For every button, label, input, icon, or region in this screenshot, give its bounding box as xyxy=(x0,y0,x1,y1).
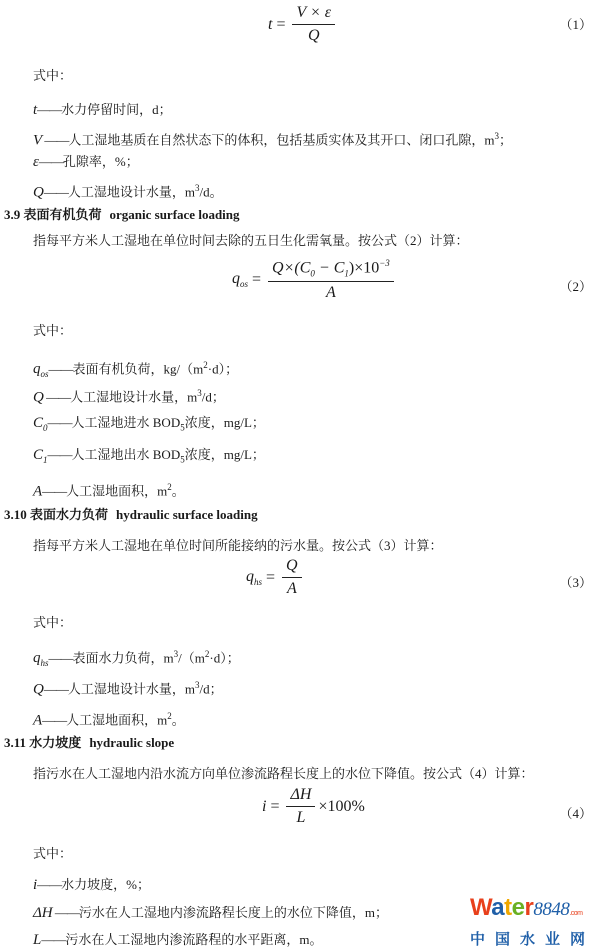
formula-4: i = ΔH L ×100% xyxy=(262,786,365,827)
formula-3-denominator: A xyxy=(287,578,297,598)
formula-1-fraction: V × ε Q xyxy=(292,4,335,45)
formula-1-denominator: Q xyxy=(308,25,320,45)
definition-a-2: A——人工湿地面积，m2。 xyxy=(33,708,185,728)
definition-delta-h: ΔH ——污水在人工湿地内渗流路程长度上的水位下降值，m； xyxy=(33,905,388,921)
definition-i: i——水力坡度，%； xyxy=(33,877,150,893)
formula-2-denominator: A xyxy=(326,282,336,302)
section-heading-3-10: 3.10 表面水力负荷hydraulic surface loading xyxy=(4,507,258,523)
logo-letter: t xyxy=(504,894,512,921)
logo-letter: W xyxy=(470,894,491,921)
formula-3: qhs = Q A xyxy=(246,557,305,598)
equation-number-3: （3） xyxy=(559,572,592,591)
formula-4-denominator: L xyxy=(297,807,306,827)
equation-number-1: （1） xyxy=(559,14,592,33)
section-3-9-description: 指每平方米人工湿地在单位时间去除的五日生化需氧量。按公式（2）计算： xyxy=(33,233,469,249)
formula-4-fraction: ΔH L xyxy=(286,786,315,827)
definition-l: L——污水在人工湿地内渗流路程的水平距离，m。 xyxy=(33,932,322,948)
logo-letter: e xyxy=(512,894,525,921)
logo-chinese-name: 中国水业网 xyxy=(470,928,595,949)
definition-v: V ——人工湿地基质在自然状态下的体积，包括基质实体及其开口、闭口孔隙，m3； xyxy=(33,128,512,148)
logo-letter: r xyxy=(524,894,533,921)
definition-a: A——人工湿地面积，m2。 xyxy=(33,479,185,499)
definition-q-flow: Q ——人工湿地设计水量，m3/d； xyxy=(33,385,225,405)
logo-wordmark: Water8848.com xyxy=(470,896,595,926)
formula-1-lhs: t xyxy=(268,16,272,34)
definition-q-os: qos——表面有机负荷，kg/（m2·d）； xyxy=(33,357,238,382)
equation-number-2: （2） xyxy=(559,276,592,295)
formula-4-multiplier: ×100% xyxy=(318,798,364,816)
formula-3-fraction: Q A xyxy=(282,557,302,598)
formula-2-numerator: Q×(C0 − C1)×10−3 xyxy=(268,258,394,282)
formula-1-numerator: V × ε xyxy=(292,4,335,25)
formula-1: t = V × ε Q xyxy=(268,4,338,45)
definition-c1: C1——人工湿地出水 BOD5浓度，mg/L； xyxy=(33,447,265,468)
definition-q: Q——人工湿地设计水量，m3/d。 xyxy=(33,180,223,200)
formula-4-numerator: ΔH xyxy=(286,786,315,807)
section-3-10-description: 指每平方米人工湿地在单位时间所能接纳的污水量。按公式（3）计算： xyxy=(33,538,443,554)
water8848-logo: Water8848.com 中国水业网 xyxy=(470,896,595,949)
section-heading-3-9: 3.9 表面有机负荷organic surface loading xyxy=(4,207,240,223)
equation-number-4: （4） xyxy=(559,803,592,822)
definition-q-hs: qhs——表面水力负荷，m3/（m2·d）； xyxy=(33,646,240,671)
section-3-11-description: 指污水在人工湿地内沿水流方向单位渗流路程长度上的水位下降值。按公式（4）计算： xyxy=(33,766,534,782)
definition-q-flow-2: Q——人工湿地设计水量，m3/d； xyxy=(33,677,223,697)
formula-3-numerator: Q xyxy=(282,557,302,578)
where-label-3: 式中： xyxy=(33,615,72,631)
where-label-4: 式中： xyxy=(33,846,72,862)
definition-c0: C0——人工湿地进水 BOD5浓度，mg/L； xyxy=(33,415,265,436)
definition-t: t——水力停留时间，d； xyxy=(33,102,172,118)
definition-epsilon: ε——孔隙率，%； xyxy=(33,154,139,170)
section-heading-3-11: 3.11 水力坡度hydraulic slope xyxy=(4,735,174,751)
where-label-1: 式中： xyxy=(33,68,72,84)
where-label-2: 式中： xyxy=(33,323,72,339)
logo-letter: a xyxy=(491,894,504,921)
formula-2: qos = Q×(C0 − C1)×10−3 A xyxy=(232,258,397,302)
formula-2-fraction: Q×(C0 − C1)×10−3 A xyxy=(268,258,394,302)
